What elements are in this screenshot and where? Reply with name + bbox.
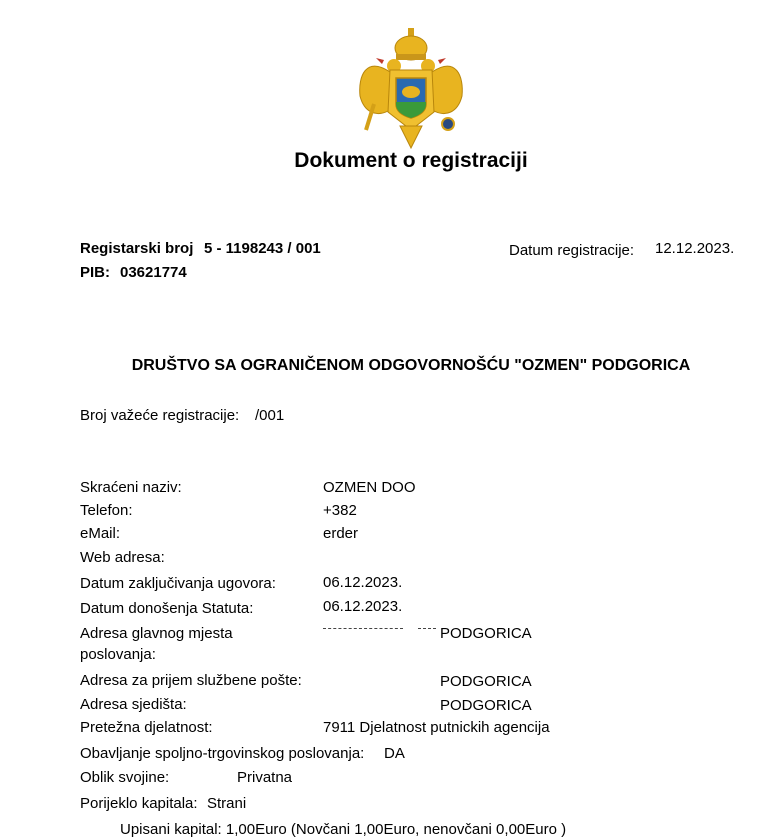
short-name-label: Skraćeni naziv: — [80, 479, 182, 496]
redacted-address — [323, 628, 403, 629]
registration-date-value: 12.12.2023. — [655, 240, 734, 257]
mail-address-label: Adresa za prijem službene pošte: — [80, 672, 302, 689]
redacted-address-number — [418, 628, 436, 629]
registration-number-value: 5 - 1198243 / 001 — [204, 240, 321, 257]
coat-of-arms-icon — [356, 26, 466, 150]
main-activity-value: 7911 Djelatnost putnickih agencija — [323, 719, 550, 736]
registration-number-label: Registarski broj — [80, 240, 193, 257]
email-value: erder — [323, 525, 358, 542]
web-address-label: Web adresa: — [80, 549, 165, 566]
pib-label: PIB: — [80, 264, 110, 281]
subscribed-capital: Upisani kapital: 1,00Euro (Novčani 1,00E… — [120, 821, 566, 838]
valid-registration-value: /001 — [255, 407, 284, 424]
statute-date-label: Datum donošenja Statuta: — [80, 600, 253, 617]
phone-label: Telefon: — [80, 502, 133, 519]
main-address-label-line1: Adresa glavnog mjesta — [80, 625, 233, 642]
registration-date-label: Datum registracije: — [509, 242, 634, 259]
main-address-value: PODGORICA — [440, 625, 532, 642]
main-address-label-line2: poslovanja: — [80, 646, 156, 663]
seat-address-value: PODGORICA — [440, 697, 532, 714]
pib-value: 03621774 — [120, 264, 187, 281]
capital-origin-label: Porijeklo kapitala: — [80, 795, 198, 812]
email-label: eMail: — [80, 525, 120, 542]
mail-address-value: PODGORICA — [440, 673, 532, 690]
foreign-trade-value: DA — [384, 745, 405, 762]
foreign-trade-label: Obavljanje spoljno-trgovinskog poslovanj… — [80, 745, 364, 762]
valid-registration-label: Broj važeće registracije: — [80, 407, 239, 424]
ownership-value: Privatna — [237, 769, 292, 786]
contract-date-label: Datum zaključivanja ugovora: — [80, 575, 276, 592]
ownership-label: Oblik svojine: — [80, 769, 169, 786]
statute-date-value: 06.12.2023. — [323, 598, 402, 615]
phone-value: +382 — [323, 502, 357, 519]
seat-address-label: Adresa sjedišta: — [80, 696, 187, 713]
document-title: Dokument o registraciji — [0, 149, 772, 173]
contract-date-value: 06.12.2023. — [323, 574, 402, 591]
short-name-value: OZMEN DOO — [323, 479, 416, 496]
capital-origin-value: Strani — [207, 795, 246, 812]
company-full-name: DRUŠTVO SA OGRANIČENOM ODGOVORNOŠĆU "OZM… — [0, 357, 772, 375]
main-activity-label: Pretežna djelatnost: — [80, 719, 213, 736]
